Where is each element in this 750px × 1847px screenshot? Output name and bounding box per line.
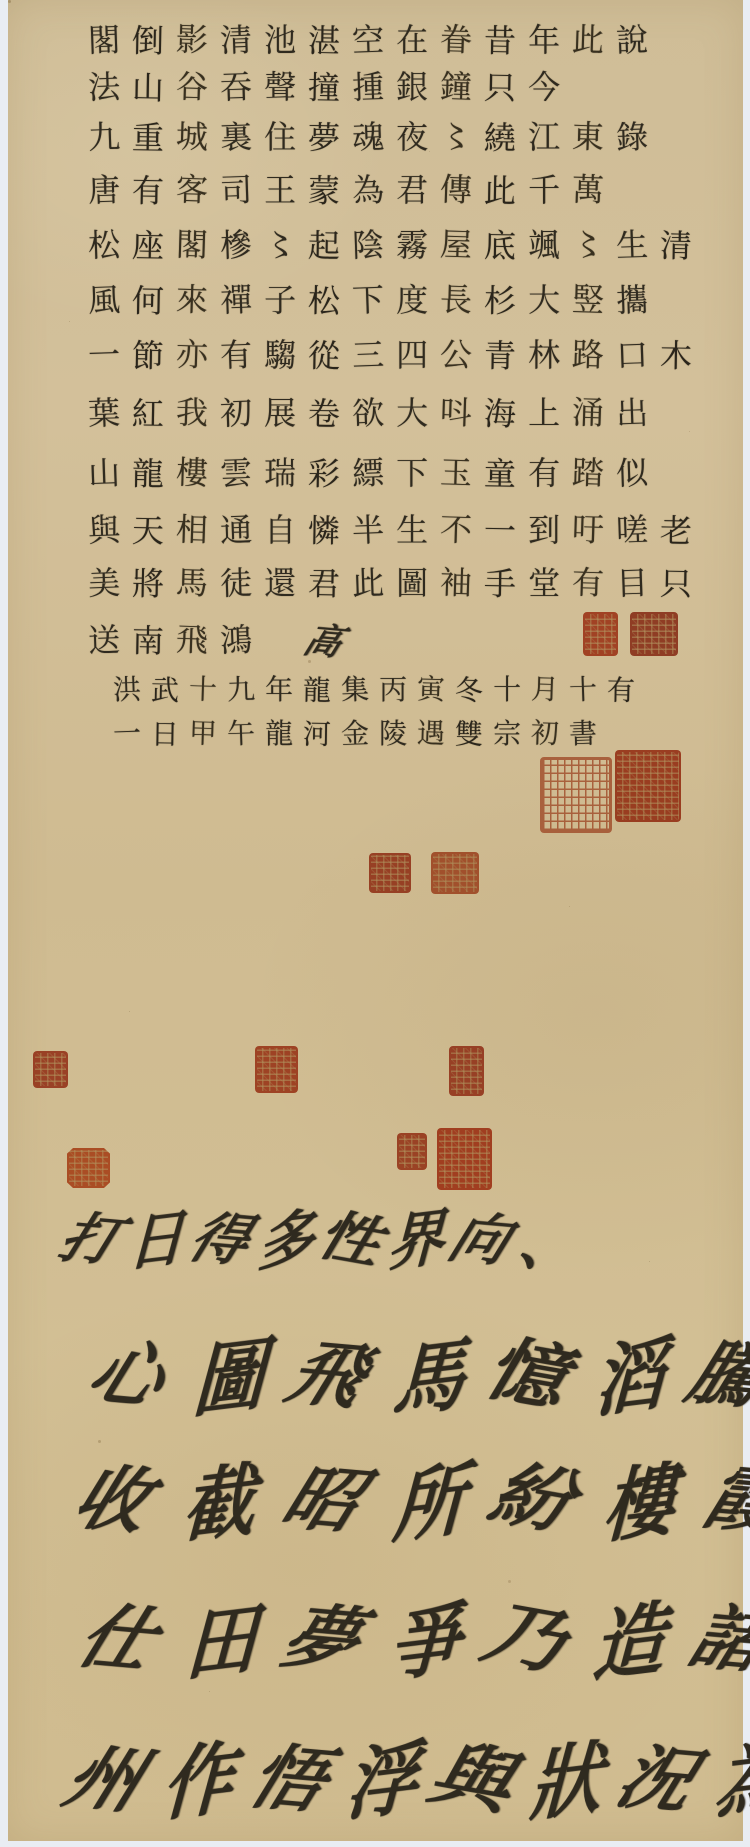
calligraphy-char: 所	[390, 1432, 500, 1559]
calligraphy-char: 書	[569, 711, 608, 752]
calligraphy-char: 心	[76, 1315, 211, 1425]
calligraphy-char: 谷	[175, 61, 220, 108]
calligraphy-char: 杉	[484, 276, 529, 323]
calligraphy-char: 夢	[308, 113, 353, 160]
calligraphy-char: 陰	[351, 219, 397, 267]
main-row: 風何來禪子松下度長杉大竪攜	[88, 275, 660, 321]
signature-char: 高	[306, 614, 342, 665]
calligraphy-char: 陵	[379, 712, 417, 752]
calligraphy-char: 瑞	[264, 448, 308, 494]
calligraphy-char: 欲	[351, 387, 397, 435]
calligraphy-char: 昭	[271, 1440, 411, 1550]
seal-stamp	[397, 1133, 427, 1170]
calligraphy-char: 撞	[308, 63, 353, 110]
calligraphy-char: 午	[226, 711, 265, 752]
calligraphy-char: 魂	[351, 111, 397, 159]
calligraphy-char: 九	[226, 667, 265, 708]
calligraphy-char: 四	[396, 330, 440, 376]
calligraphy-char: 雙	[455, 713, 494, 754]
calligraphy-char: 嗟	[615, 504, 661, 552]
calligraphy-char: 收	[61, 1440, 201, 1550]
seal-stamp	[540, 757, 612, 833]
calligraphy-char: 來	[175, 274, 220, 321]
calligraphy-char: 閣	[175, 219, 220, 266]
main-row: 美將馬徒還君此圖袖手堂有目只	[88, 558, 704, 604]
calligraphy-char: 揰	[351, 61, 397, 109]
calligraphy-char: 圖	[396, 558, 440, 604]
calligraphy-char: 客	[175, 164, 220, 211]
calligraphy-char: 堂	[528, 558, 572, 604]
calligraphy-char: 眷	[439, 14, 484, 61]
calligraphy-char: 洪	[112, 667, 151, 708]
calligraphy-char: 爭	[386, 1571, 493, 1697]
cursive-row: 收截昭所紛樓霞	[78, 1443, 750, 1547]
calligraphy-char: 紅	[132, 389, 177, 436]
calligraphy-char: 青	[484, 331, 529, 378]
calligraphy-char: 還	[264, 558, 308, 604]
main-row: 唐有客司王蒙為君傳此千萬	[88, 165, 616, 211]
calligraphy-char: 九	[87, 111, 133, 159]
calligraphy-char: 展	[264, 388, 308, 434]
calligraphy-char: 木	[660, 331, 705, 378]
calligraphy-char: 在	[396, 15, 440, 61]
calligraphy-char: 下	[396, 448, 440, 494]
calligraphy-char: 錄	[615, 111, 661, 159]
calligraphy-char: 度	[396, 275, 440, 321]
seal-stamp	[437, 1128, 492, 1190]
calligraphy-char: 馬	[175, 557, 220, 604]
calligraphy-char: 影	[175, 14, 220, 61]
seal-stamp	[33, 1051, 68, 1088]
calligraphy-char: 初	[531, 711, 570, 752]
seal-stamp	[615, 750, 681, 822]
calligraphy-char: 龍	[132, 449, 177, 496]
calligraphy-char: 蒙	[308, 166, 353, 213]
calligraphy-char: 住	[264, 112, 308, 158]
calligraphy-char: 一	[87, 329, 133, 377]
calligraphy-char: 清	[219, 14, 265, 62]
calligraphy-char: 美	[87, 557, 133, 605]
calligraphy-char: 繞	[484, 113, 529, 160]
main-row: 一節亦有騶從三四公青林路口木	[88, 330, 704, 376]
calligraphy-char: 縹	[351, 447, 397, 495]
calligraphy-char: 有	[607, 669, 646, 710]
calligraphy-char: 相	[175, 504, 220, 551]
calligraphy-char: 竪	[571, 274, 616, 321]
calligraphy-char: 自	[264, 505, 308, 551]
calligraphy-char: 樓	[175, 447, 220, 494]
calligraphy-char: 〻	[571, 219, 616, 266]
cursive-row: 州作悟浮與狀況為	[70, 1722, 750, 1826]
calligraphy-char: 到	[528, 505, 572, 551]
calligraphy-char: 雲	[219, 447, 265, 495]
main-row: 一日甲午龍河金陵遇雙宗初書	[113, 712, 607, 752]
calligraphy-char: 禪	[219, 274, 265, 322]
calligraphy-char: 底	[484, 221, 529, 268]
calligraphy-char: 起	[308, 221, 353, 268]
calligraphy-char: 千	[528, 165, 572, 211]
calligraphy-char: 攜	[615, 274, 661, 322]
calligraphy-char: 半	[351, 504, 397, 552]
main-row: 葉紅我初展卷欲大呌海上涌出	[88, 388, 660, 434]
calligraphy-char: 將	[132, 559, 177, 606]
calligraphy-char: 有	[132, 166, 177, 213]
calligraphy-char: 說	[615, 14, 661, 62]
cursive-row: 仕田夢爭乃造諸	[83, 1582, 750, 1686]
calligraphy-char: 君	[308, 559, 353, 606]
calligraphy-char: 天	[132, 506, 177, 553]
main-row: 松座閣槮〻起陰霧屋底颯〻生清	[88, 220, 704, 266]
calligraphy-char: 上	[528, 388, 572, 434]
main-row: 九重城裏住夢魂夜〻繞江東錄	[88, 112, 660, 158]
calligraphy-char: 鴻	[219, 614, 265, 662]
calligraphy-char: 大	[396, 388, 440, 434]
calligraphy-char: 出	[615, 387, 661, 435]
cursive-row: 打日得多性界向、	[63, 1196, 583, 1276]
calligraphy-char: 此	[571, 14, 616, 61]
calligraphy-char: 何	[132, 276, 177, 323]
calligraphy-char: 路	[571, 329, 616, 376]
calligraphy-char: 為	[711, 1711, 750, 1836]
calligraphy-char: 集	[340, 667, 379, 708]
calligraphy-char: 目	[615, 557, 661, 605]
calligraphy-char: 城	[175, 111, 220, 158]
calligraphy-char: 涌	[571, 387, 616, 434]
calligraphy-char: 龍	[303, 669, 342, 710]
cursive-row: 心圖飛馬憶滔騰	[93, 1318, 750, 1422]
calligraphy-char: 司	[219, 164, 265, 212]
paper-texture	[8, 0, 11, 3]
calligraphy-char: 手	[484, 559, 529, 606]
calligraphy-char: 吁	[571, 504, 616, 551]
calligraphy-char: 口	[615, 329, 661, 377]
calligraphy-char: 浮	[343, 1711, 440, 1836]
calligraphy-char: 江	[528, 112, 572, 158]
calligraphy-char: 裏	[219, 111, 265, 159]
calligraphy-char: 節	[132, 331, 177, 378]
calligraphy-char: 大	[528, 275, 572, 321]
calligraphy-char: 霧	[396, 220, 440, 266]
calligraphy-char: 呌	[439, 387, 484, 434]
calligraphy-char: 我	[175, 387, 220, 434]
calligraphy-char: 冬	[455, 669, 494, 710]
calligraphy-char: 徒	[219, 557, 265, 605]
main-row: 與天相通自憐半生不一到吁嗟老	[88, 505, 704, 551]
calligraphy-char: 湛	[308, 16, 353, 63]
calligraphy-char: 子	[264, 275, 308, 321]
calligraphy-char: 老	[660, 506, 705, 553]
calligraphy-char: 〻	[264, 220, 308, 266]
calligraphy-char: 通	[219, 504, 265, 552]
calligraphy-char: 金	[340, 711, 379, 752]
calligraphy-char: 屋	[439, 219, 484, 266]
calligraphy-char: 日	[151, 713, 190, 754]
seal-stamp	[583, 612, 618, 656]
seal-stamp	[67, 1148, 110, 1188]
calligraphy-char: 只	[484, 63, 529, 110]
calligraphy-char: 生	[396, 505, 440, 551]
calligraphy-char: 槮	[219, 219, 265, 267]
calligraphy-char: 池	[264, 15, 308, 61]
calligraphy-char: 林	[528, 330, 572, 376]
calligraphy-char: 唐	[87, 164, 133, 212]
calligraphy-char: 亦	[175, 329, 220, 376]
calligraphy-char: 丙	[379, 668, 417, 708]
calligraphy-char: 夜	[396, 112, 440, 158]
calligraphy-char: 颯	[528, 220, 572, 266]
calligraphy-char: 馬	[390, 1307, 495, 1433]
main-row: 洪武十九年龍集丙寅冬十月十有	[113, 668, 645, 708]
calligraphy-char: 不	[439, 504, 484, 551]
calligraphy-char: 夢	[270, 1579, 407, 1689]
calligraphy-char: 銀	[396, 62, 440, 108]
main-row: 閣倒影清池湛空在眷昔年此說	[88, 15, 660, 61]
calligraphy-char: 卷	[308, 389, 353, 436]
calligraphy-char: 今	[528, 62, 572, 108]
calligraphy-char: 似	[615, 447, 661, 495]
calligraphy-char: 此	[351, 557, 397, 605]
calligraphy-char: 年	[528, 15, 572, 61]
calligraphy-char: 年	[265, 668, 303, 708]
seal-stamp	[255, 1046, 298, 1093]
calligraphy-char: 十	[188, 667, 227, 708]
calligraphy-char: 南	[132, 616, 177, 663]
calligraphy-char: 下	[351, 274, 397, 322]
calligraphy-char: 重	[132, 113, 177, 160]
calligraphy-char: 甲	[188, 711, 227, 752]
calligraphy-char: 從	[308, 331, 353, 378]
calligraphy-char: 龍	[265, 712, 303, 752]
calligraphy-char: 飛	[175, 614, 220, 661]
calligraphy-char: 玉	[439, 447, 484, 494]
calligraphy-char: 葉	[87, 387, 133, 435]
calligraphy-char: 袖	[439, 557, 484, 604]
calligraphy-char: 座	[132, 221, 177, 268]
calligraphy-char: 松	[87, 219, 133, 267]
calligraphy-char: 聲	[264, 62, 308, 108]
calligraphy-char: 東	[571, 111, 616, 158]
calligraphy-char: 昔	[484, 16, 529, 63]
calligraphy-char: 風	[87, 274, 133, 322]
calligraphy-char: 清	[660, 221, 705, 268]
calligraphy-char: 傳	[439, 164, 484, 211]
calligraphy-char: 飛	[276, 1315, 411, 1425]
calligraphy-char: 河	[303, 713, 342, 754]
calligraphy-char: 空	[351, 14, 397, 62]
calligraphy-char: 送	[87, 614, 133, 662]
calligraphy-char: 高	[298, 613, 351, 666]
main-row: 山龍樓雲瑞彩縹下玉童有踏似	[88, 448, 660, 494]
calligraphy-char: 山	[132, 63, 177, 110]
calligraphy-char: 、	[516, 1188, 585, 1284]
calligraphy-char: 憐	[308, 506, 353, 553]
calligraphy-char: 武	[151, 669, 190, 710]
calligraphy-char: 海	[484, 389, 529, 436]
calligraphy-char: 長	[439, 274, 484, 321]
calligraphy-char: 王	[264, 165, 308, 211]
calligraphy-char: 只	[660, 559, 705, 606]
calligraphy-char: 彩	[308, 449, 353, 496]
calligraphy-char: 十	[569, 667, 608, 708]
seal-stamp	[369, 853, 411, 893]
calligraphy-char: 騶	[264, 330, 308, 376]
main-row: 送南飛鴻	[88, 615, 264, 661]
scroll-paper: 閣倒影清池湛空在眷昔年此說法山谷吞聲撞揰銀鐘只今九重城裏住夢魂夜〻繞江東錄唐有客…	[8, 0, 743, 1841]
calligraphy-char: 有	[528, 448, 572, 494]
calligraphy-char: 宗	[493, 712, 531, 752]
seal-stamp	[431, 852, 479, 894]
calligraphy-char: 一	[484, 506, 529, 553]
calligraphy-char: 仕	[66, 1579, 203, 1689]
calligraphy-char: 三	[351, 329, 397, 377]
calligraphy-char: 〻	[439, 111, 484, 158]
seal-stamp	[630, 612, 678, 656]
calligraphy-char: 閣	[87, 14, 133, 62]
calligraphy-char: 月	[531, 667, 570, 708]
calligraphy-char: 山	[87, 447, 133, 495]
calligraphy-char: 童	[484, 449, 529, 496]
screenshot-root: { "page": {"frame_color": "#e9edf3"}, "p…	[0, 0, 750, 1847]
calligraphy-char: 與	[87, 504, 133, 552]
calligraphy-char: 一	[112, 711, 151, 752]
seal-stamp	[449, 1046, 484, 1096]
calligraphy-char: 十	[493, 668, 531, 708]
calligraphy-char: 倒	[132, 16, 177, 63]
calligraphy-char: 有	[571, 557, 616, 604]
calligraphy-char: 初	[219, 387, 265, 435]
calligraphy-char: 鐘	[439, 61, 484, 108]
calligraphy-char: 寅	[417, 667, 456, 708]
calligraphy-char: 公	[439, 329, 484, 376]
calligraphy-char: 法	[87, 61, 133, 109]
calligraphy-char: 為	[351, 164, 397, 212]
calligraphy-char: 踏	[571, 447, 616, 494]
calligraphy-char: 吞	[219, 61, 265, 109]
calligraphy-char: 生	[615, 219, 661, 267]
calligraphy-char: 君	[396, 165, 440, 211]
calligraphy-char: 萬	[571, 164, 616, 211]
main-row: 法山谷吞聲撞揰銀鐘只今	[88, 62, 572, 108]
calligraphy-char: 遇	[417, 711, 456, 752]
calligraphy-char: 有	[219, 329, 265, 377]
calligraphy-char: 此	[484, 166, 529, 213]
calligraphy-char: 松	[308, 276, 353, 323]
